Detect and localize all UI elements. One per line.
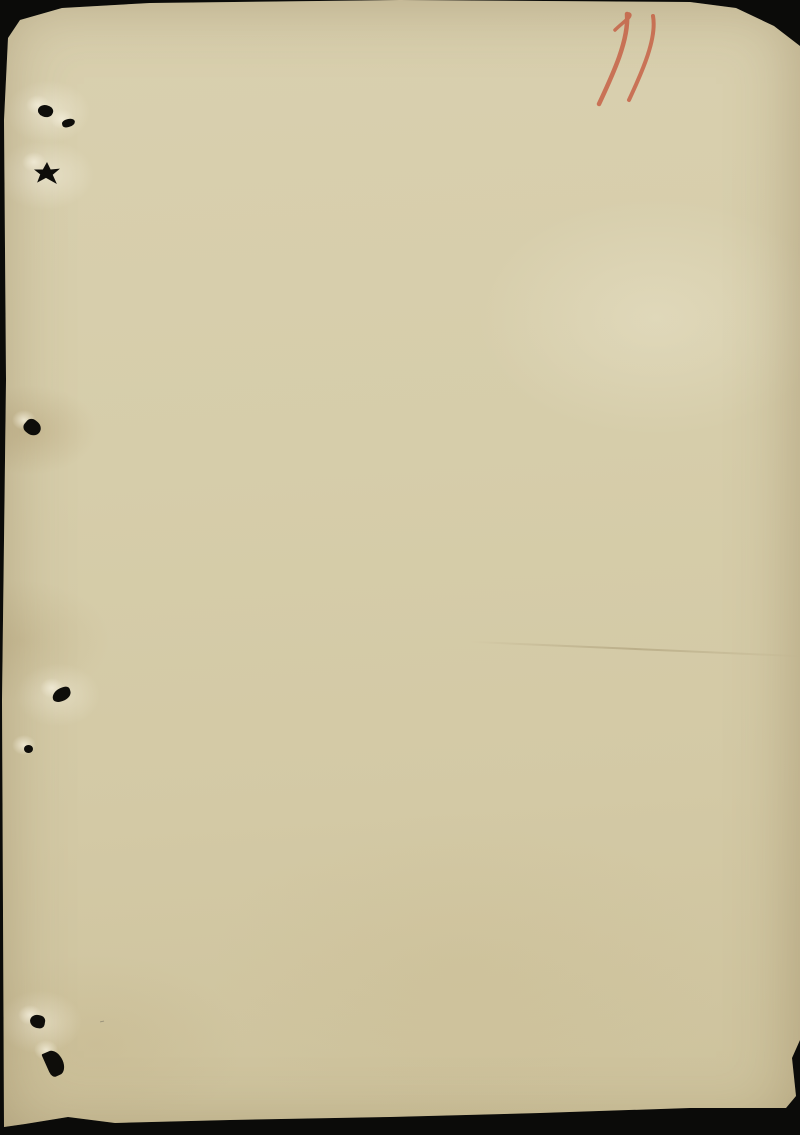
scanned-document: [0, 0, 800, 1135]
award-list: [0, 0, 800, 1135]
paper-sheet: [0, 0, 800, 1135]
